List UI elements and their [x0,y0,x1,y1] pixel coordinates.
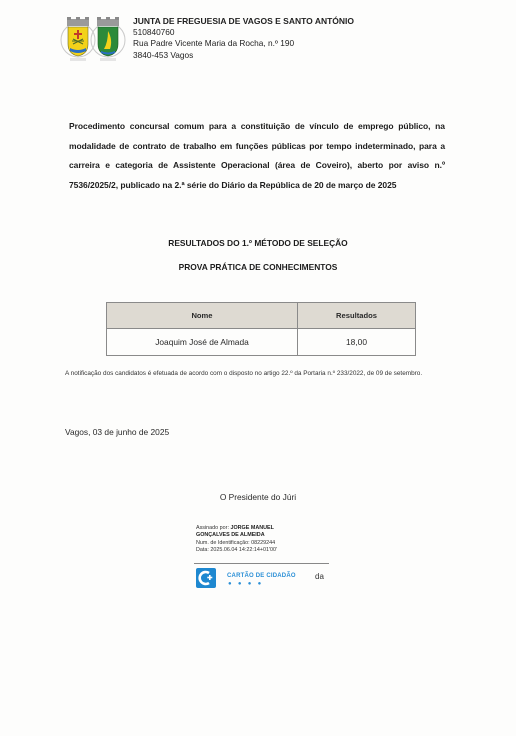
organization-name: JUNTA DE FREGUESIA DE VAGOS E SANTO ANTÓ… [133,16,354,27]
cartao-de-cidadao-dots: ● ● ● ● [228,581,264,587]
address-line-1: Rua Padre Vicente Maria da Rocha, n.º 19… [133,38,354,49]
digital-signature: Assinado por: JORGE MANUEL GONÇALVES DE … [196,525,277,555]
notification-note: A notificação dos candidatos é efetuada … [65,367,465,381]
test-heading: PROVA PRÁTICA DE CONHECIMENTOS [0,262,516,272]
column-header-results: Resultados [298,303,416,329]
intro-line: modalidade de contrato de trabalho em fu… [69,137,445,157]
signer-name-1: JORGE MANUEL [230,525,273,531]
signature-date: Data: 2025.06.04 14:22:14+01'00' [196,547,277,554]
candidate-name: Joaquim José de Almada [107,329,298,356]
address-line-2: 3840-453 Vagos [133,50,354,61]
signer-name-2: GONÇALVES DE ALMEIDA [196,532,265,538]
cartao-de-cidadao-icon [196,568,216,588]
column-header-name: Nome [107,303,298,329]
place-date: Vagos, 03 de junho de 2025 [65,427,169,437]
table-row: Joaquim José de Almada 18,00 [107,329,416,356]
procedure-description: Procedimento concursal comum para a cons… [69,117,445,195]
signature-text-fragment: da [315,572,324,581]
signature-divider [194,563,329,564]
coat-of-arms-icon [58,14,128,64]
intro-line: carreira e categoria de Assistente Opera… [69,156,445,176]
coats-of-arms [58,14,128,64]
signed-by-label: Assinado por: [196,525,229,531]
table-header-row: Nome Resultados [107,303,416,329]
cartao-de-cidadao-label: CARTÃO DE CIDADÃO [227,573,296,579]
intro-line: 7536/2025/2, publicado na 2.ª série do D… [69,176,445,196]
candidate-result: 18,00 [298,329,416,356]
signer-id: Num. de Identificação: 08229244 [196,540,277,547]
results-heading: RESULTADOS DO 1.º MÉTODO DE SELEÇÃO [0,238,516,248]
letterhead: JUNTA DE FREGUESIA DE VAGOS E SANTO ANTÓ… [133,16,354,61]
results-table: Nome Resultados Joaquim José de Almada 1… [106,302,416,356]
intro-line: Procedimento concursal comum para a cons… [69,117,445,137]
signatory-title: O Presidente do Júri [0,492,516,502]
organization-nif: 510840760 [133,27,354,38]
